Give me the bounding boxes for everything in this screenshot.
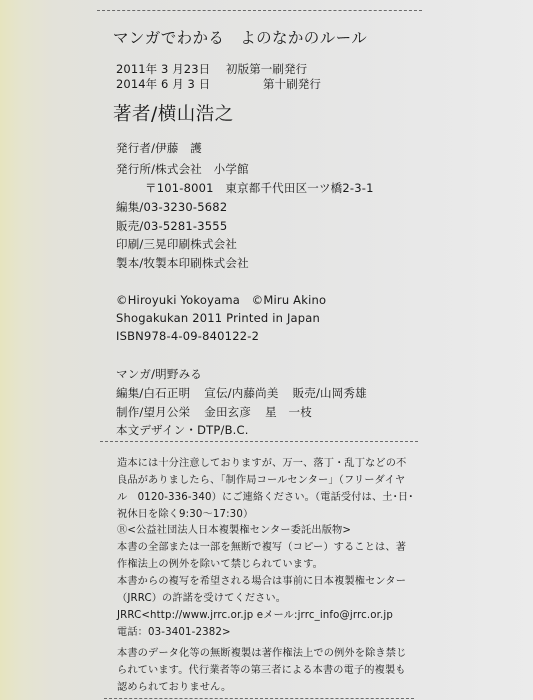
- credit-production: 制作/望月公栄: [116, 405, 190, 419]
- edition-date: 2014年 6 月 3 日: [116, 76, 226, 92]
- top-divider: [97, 10, 422, 11]
- notice-line: 作権法上の例外を除いて禁じられています。: [117, 555, 323, 570]
- notice-line: JRRC<http://www.jrrc.or.jp eメール:jrrc_inf…: [117, 606, 393, 621]
- publishing-house: 発行所/株式会社 小学館: [116, 161, 249, 177]
- notice-line: 祝休日を除く9:30～17:30）: [117, 505, 253, 520]
- credit-production-2: 金田玄彦: [204, 405, 251, 419]
- credit-promotion: 宣伝/内藤尚美: [204, 386, 278, 400]
- credit-production-3: 星 一枝: [265, 405, 312, 419]
- edition-label: 初版第一刷発行: [226, 61, 321, 77]
- notice-line: 本書のデータ化等の無断複製は著作権法上での例外を除き禁じ: [117, 644, 406, 659]
- credit-row-staff: 編集/白石正明宣伝/内藤尚美販売/山岡秀雄: [116, 385, 367, 401]
- notice-line: 造本には十分注意しておりますが、万一、落丁・乱丁などの不: [117, 454, 406, 469]
- credit-sales: 販売/山岡秀雄: [293, 386, 367, 400]
- notice-line: られています。代行業者等の第三者による本書の電子的複製も: [117, 661, 406, 676]
- book-title: マンガでわかる よのなかのルール: [113, 26, 367, 48]
- middle-divider: [100, 441, 418, 442]
- edition-line-1: 2011年 3 月23日初版第一刷発行: [116, 61, 321, 77]
- edition-label: 第十刷発行: [226, 76, 321, 92]
- author: 著者/横山浩之: [113, 100, 234, 126]
- edition-line-2: 2014年 6 月 3 日第十刷発行: [116, 76, 321, 92]
- editorial-phone: 編集/03-3230-5682: [116, 199, 227, 215]
- bottom-divider: [104, 698, 414, 699]
- credit-manga: マンガ/明野みる: [116, 366, 202, 382]
- notice-line: 良品がありましたら、「制作局コールセンター」（フリーダイヤ: [117, 471, 405, 486]
- colophon-page: マンガでわかる よのなかのルール 2011年 3 月23日初版第一刷発行 201…: [0, 0, 533, 700]
- credit-row-production: 制作/望月公栄金田玄彦星 一枝: [116, 404, 312, 420]
- notice-line: 認められておりません。: [117, 678, 231, 693]
- binding-company: 製本/牧製本印刷株式会社: [116, 255, 249, 271]
- notice-line: 本書からの複写を希望される場合は事前に日本複製権センター: [117, 572, 406, 587]
- sales-phone: 販売/03-5281-3555: [116, 218, 227, 234]
- edition-date: 2011年 3 月23日: [116, 61, 226, 77]
- isbn: ISBN978-4-09-840122-2: [116, 329, 259, 343]
- printing-company: 印刷/三晃印刷株式会社: [116, 236, 237, 252]
- notice-line: ル 0120-336-340）にご連絡ください。（電話受付は、土･日･: [117, 488, 413, 503]
- printed-in-line: Shogakukan 2011 Printed in Japan: [116, 311, 320, 325]
- copyright-line: ©Hiroyuki Yokoyama ©Miru Akino: [116, 292, 326, 308]
- notice-line: 電話：03-3401-2382>: [117, 623, 231, 638]
- notice-line: 本書の全部または一部を無断で複写（コピー）することは、著: [117, 538, 406, 553]
- notice-line: Ⓡ<公益社団法人日本複製権センター委託出版物>: [117, 521, 351, 536]
- address: 〒101-8001 東京都千代田区一ツ橋2-3-1: [145, 180, 374, 196]
- notice-line: （JRRC）の許諾を受けてください。: [117, 589, 286, 604]
- credit-design: 本文デザイン・DTP/B.C.: [116, 422, 249, 438]
- publisher: 発行者/伊藤 護: [116, 140, 202, 156]
- credit-editing: 編集/白石正明: [116, 386, 190, 400]
